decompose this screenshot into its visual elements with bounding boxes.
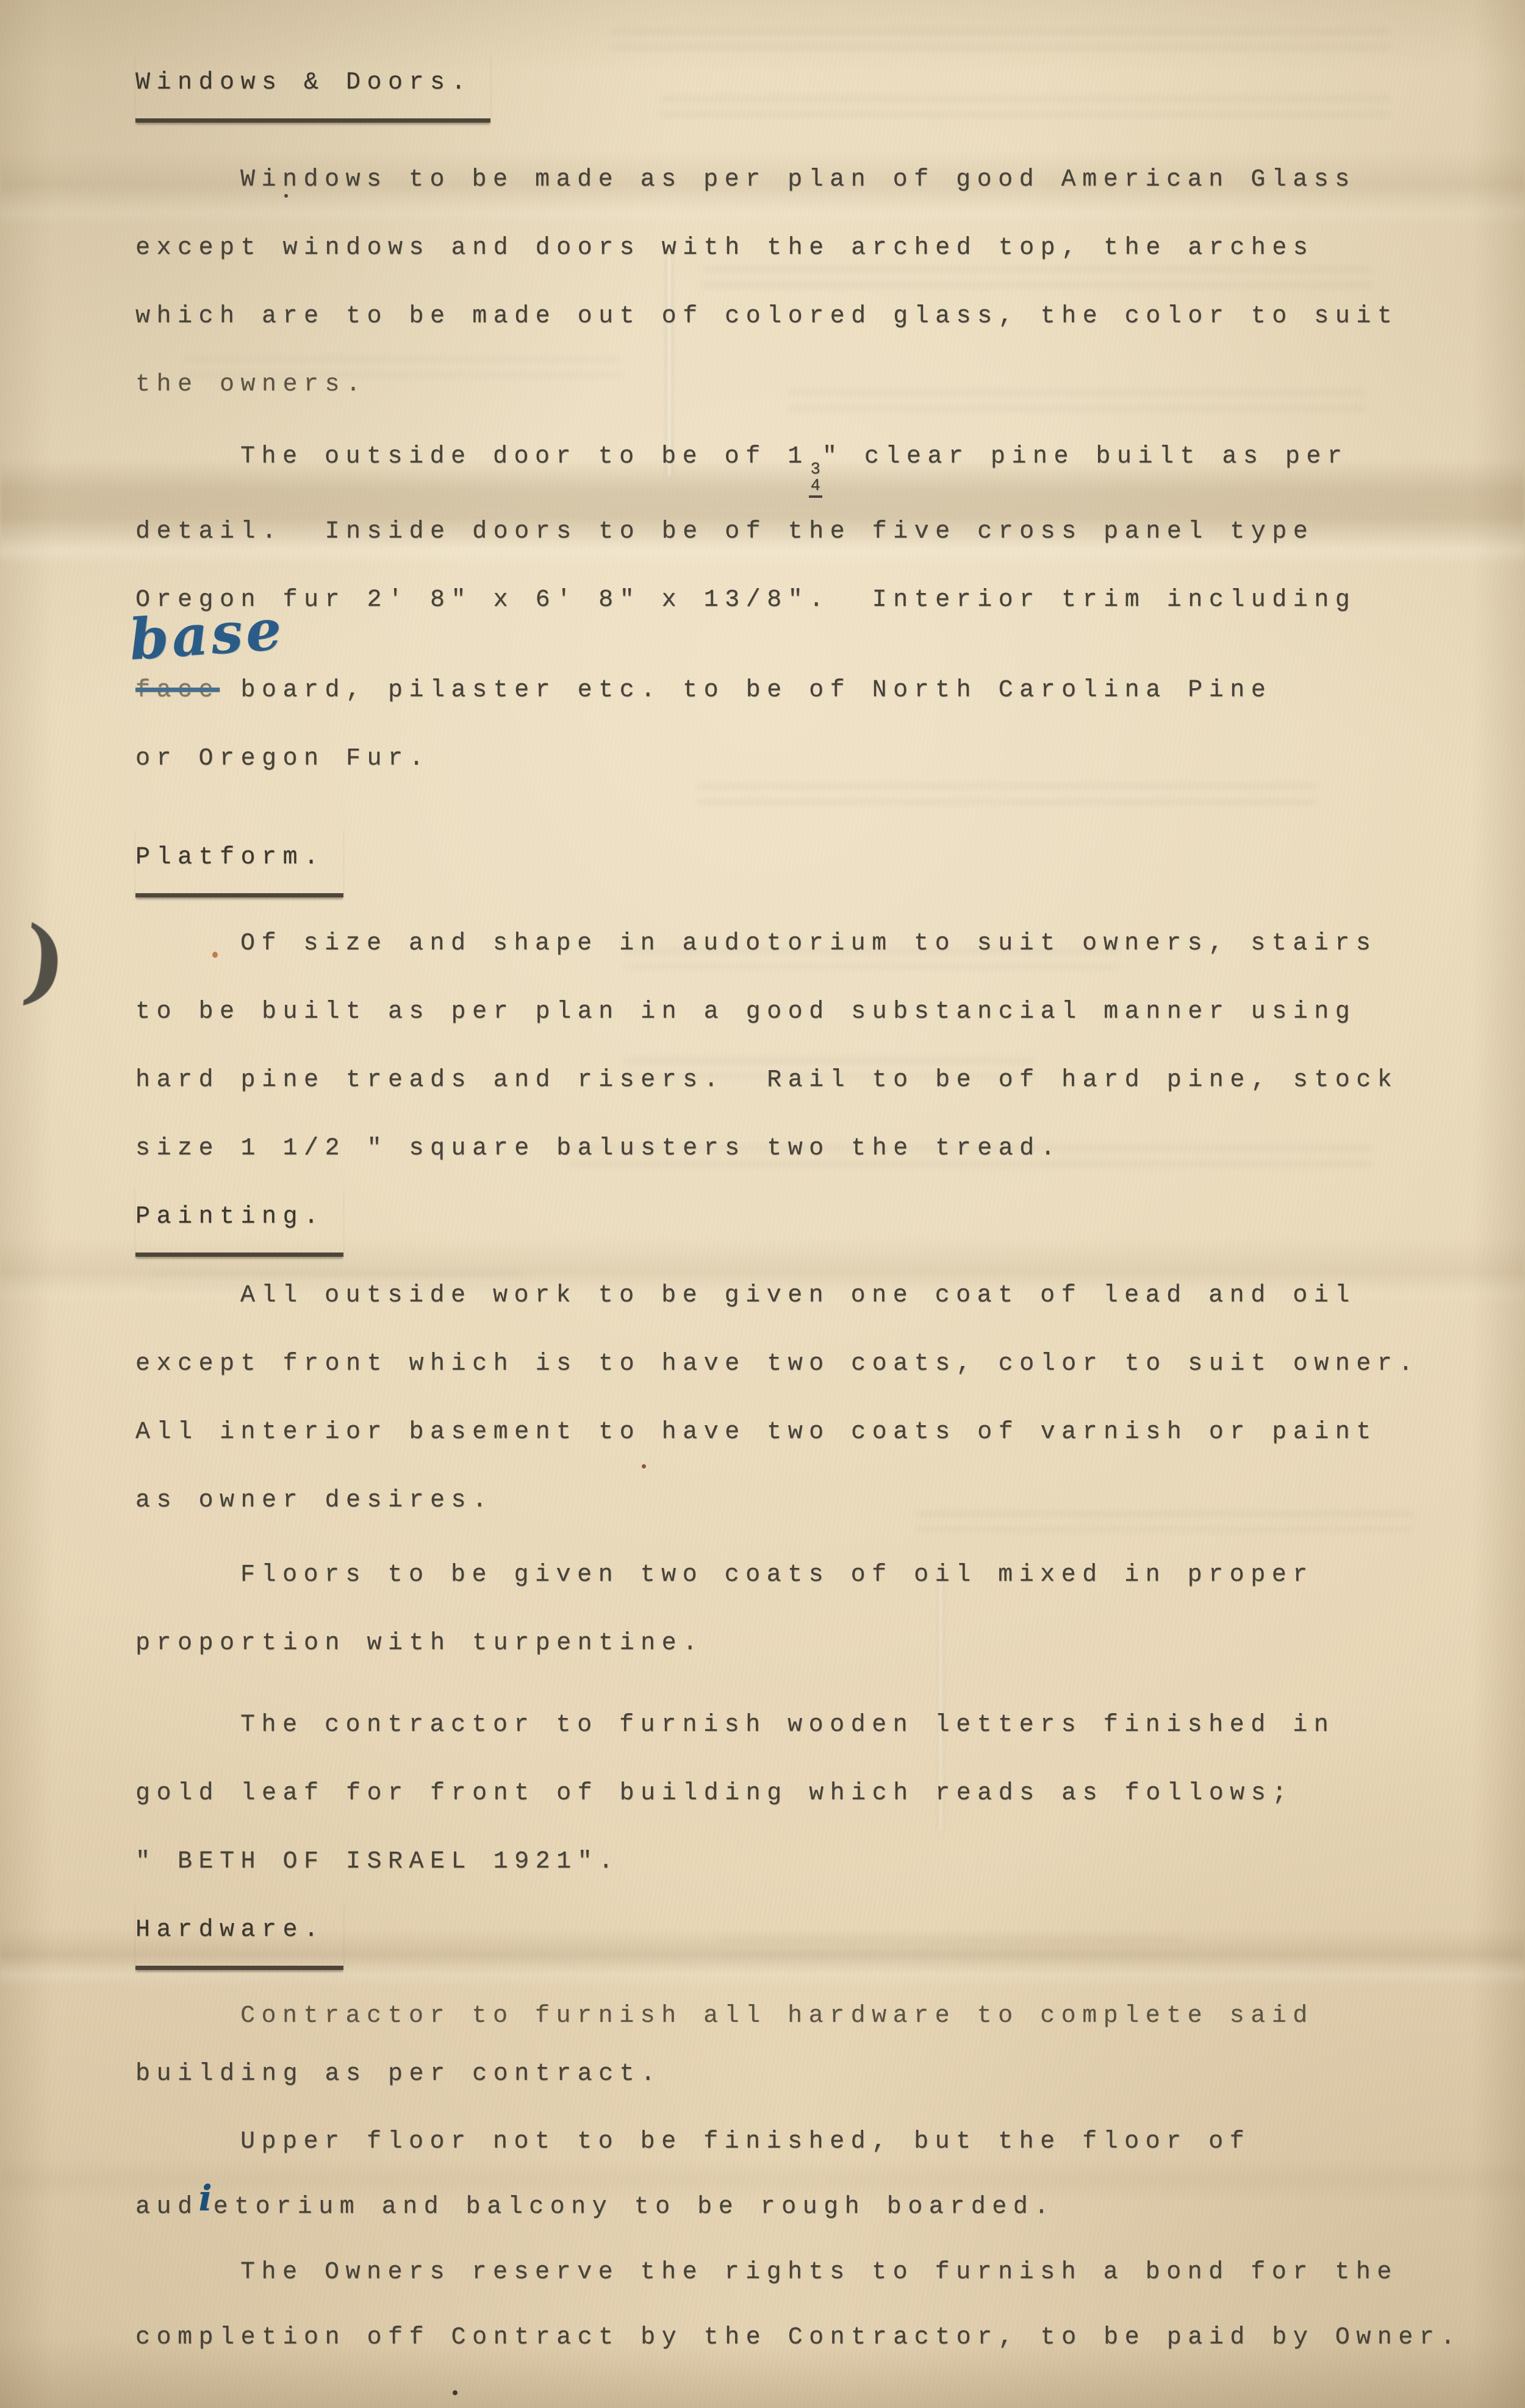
door-line-prefix: The outside door to be of 1 bbox=[240, 443, 809, 470]
fraction-numerator: 3 bbox=[809, 462, 822, 478]
paragraph: Windows to be made as per plan of good A… bbox=[135, 146, 1488, 419]
text-line-with-insert: audietorium and balcony to be rough boar… bbox=[135, 2174, 1488, 2240]
section-heading-hardware: Hardware. bbox=[135, 1896, 1488, 1970]
text-line: the owners. bbox=[135, 351, 1488, 419]
paragraph: Contractor to furnish all hardware to co… bbox=[135, 1987, 1488, 2103]
text-line: Contractor to furnish all hardware to co… bbox=[135, 1987, 1488, 2045]
text-line: Windows to be made as per plan of good A… bbox=[135, 146, 1488, 214]
paragraph: The outside door to be of 134" clear pin… bbox=[135, 423, 1488, 793]
text-line: Oregon fur 2' 8" x 6' 8" x 13/8". Interi… bbox=[135, 566, 1488, 634]
text-line: except windows and doors with the arched… bbox=[135, 214, 1488, 282]
paragraph: The contractor to furnish wooden letters… bbox=[135, 1691, 1488, 1896]
text-line-door: The outside door to be of 134" clear pin… bbox=[135, 423, 1488, 498]
heading-text: Platform. bbox=[135, 827, 343, 897]
text-line: hard pine treads and risers. Rail to be … bbox=[135, 1046, 1488, 1115]
struck-word-face: face bbox=[135, 677, 220, 704]
text-line: Upper floor not to be finished, but the … bbox=[135, 2109, 1488, 2174]
text-line: The contractor to furnish wooden letters… bbox=[135, 1691, 1488, 1759]
text-line: All outside work to be given one coat of… bbox=[135, 1262, 1488, 1330]
paragraph: Floors to be given two coats of oil mixe… bbox=[135, 1541, 1488, 1678]
section-heading-platform: Platform. bbox=[135, 824, 1488, 897]
text-line: except front which is to have two coats,… bbox=[135, 1330, 1488, 1398]
text-line: The Owners reserve the rights to furnish… bbox=[135, 2240, 1488, 2305]
text-line: which are to be made out of colored glas… bbox=[135, 282, 1488, 351]
fraction-denominator: 4 bbox=[809, 478, 822, 498]
paragraph: Of size and shape in audotorium to suit … bbox=[135, 910, 1488, 1183]
auditorium-post: etorium and balcony to be rough boarded. bbox=[213, 2193, 1055, 2221]
text-line: completion off Contract by the Contracto… bbox=[135, 2305, 1488, 2370]
text-line: size 1 1/2 " square balusters two the tr… bbox=[135, 1115, 1488, 1183]
section-heading-windows-doors: Windows & Doors. bbox=[135, 49, 1488, 123]
text-line: building as per contract. bbox=[135, 2045, 1488, 2103]
handwritten-inserted-i: i bbox=[199, 2177, 213, 2219]
section-heading-painting: Painting. bbox=[135, 1183, 1488, 1257]
scanned-document-page: ) Windows & Doors. Windows to be made as… bbox=[0, 0, 1525, 2408]
text-line: or Oregon Fur. bbox=[135, 725, 1488, 793]
text-line: to be built as per plan in a good substa… bbox=[135, 978, 1488, 1046]
text-line: Of size and shape in audotorium to suit … bbox=[135, 910, 1488, 978]
heading-text: Painting. bbox=[135, 1187, 343, 1257]
heading-text: Hardware. bbox=[135, 1900, 343, 1970]
correction-line-rest: board, pilaster etc. to be of North Caro… bbox=[220, 677, 1272, 704]
paragraph: Upper floor not to be finished, but the … bbox=[135, 2109, 1488, 2240]
text-line-building-name: " BETH OF ISRAEL 1921". bbox=[135, 1828, 1488, 1896]
paragraph: The Owners reserve the rights to furnish… bbox=[135, 2240, 1488, 2370]
text-line: proportion with turpentine. bbox=[135, 1609, 1488, 1678]
text-line: gold leaf for front of building which re… bbox=[135, 1759, 1488, 1828]
text-line: as owner desires. bbox=[135, 1467, 1488, 1535]
paragraph: All outside work to be given one coat of… bbox=[135, 1262, 1488, 1535]
door-line-suffix: " clear pine built as per bbox=[822, 443, 1349, 470]
ink-speck bbox=[453, 2390, 457, 2395]
typed-fraction-three-quarters: 34 bbox=[809, 462, 822, 498]
heading-text: Windows & Doors. bbox=[135, 52, 490, 123]
auditorium-pre: aud bbox=[135, 2193, 199, 2221]
text-line-with-correction: baseface board, pilaster etc. to be of N… bbox=[135, 656, 1488, 725]
text-line: detail. Inside doors to be of the five c… bbox=[135, 498, 1488, 566]
handwritten-correction-base: base bbox=[127, 595, 286, 674]
text-line: Floors to be given two coats of oil mixe… bbox=[135, 1541, 1488, 1609]
typewritten-text: Windows & Doors. Windows to be made as p… bbox=[0, 0, 1525, 2370]
text-line: All interior basement to have two coats … bbox=[135, 1398, 1488, 1467]
